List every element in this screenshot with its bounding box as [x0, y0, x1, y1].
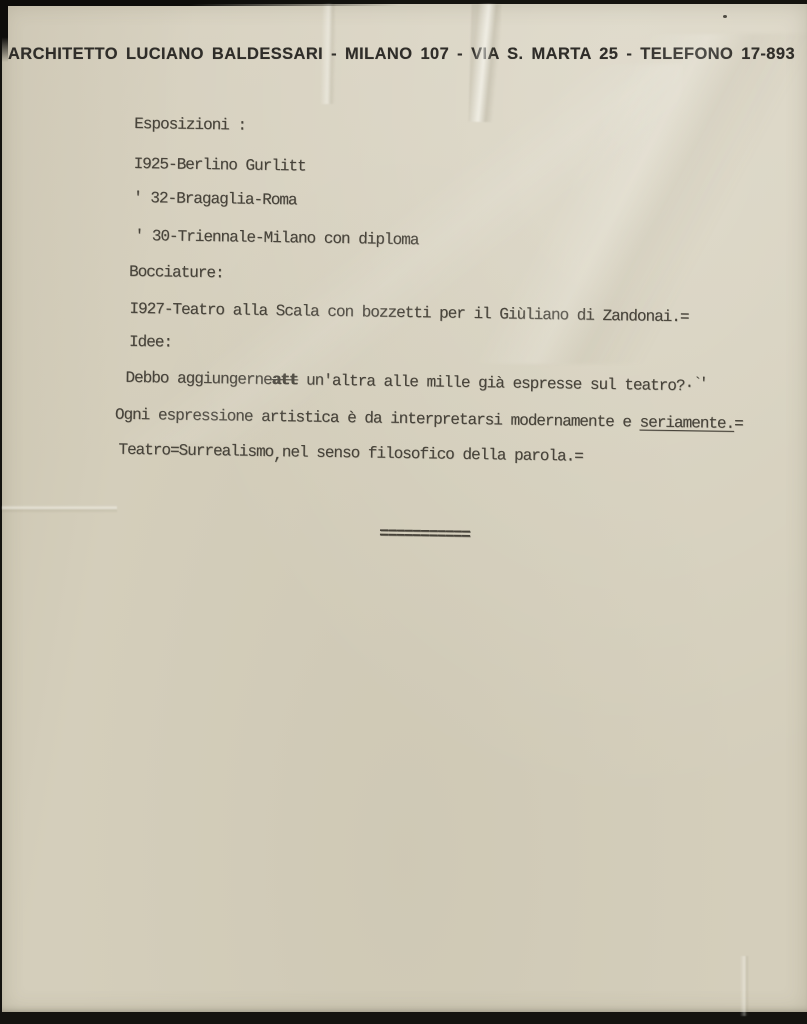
- underlined-word: seriamente.: [639, 414, 734, 433]
- heading-bocciature: Bocciature:: [129, 262, 224, 283]
- line-idee-2-text: Ogni espressione artistica è da interpre…: [115, 406, 640, 432]
- line-bocciatura-1927: I927-Teatro alla Scala con bozzetti per …: [129, 299, 688, 327]
- scanned-document: { "letterhead": { "text": "ARCHITETTO LU…: [0, 0, 807, 1024]
- line-idee-3-text: Teatro=Surrealismo: [118, 441, 273, 461]
- line-idee-1-rest: un'altra alle mille già espresse sul tea…: [297, 371, 693, 395]
- line-idee-1: Debbo aggiungerneatt un'altra alle mille…: [125, 368, 705, 398]
- heading-idee: Idee:: [129, 332, 172, 353]
- typed-text-block: Esposizioni : I925-Berlino Gurlitt ' 32-…: [0, 4, 807, 1024]
- line-expo-1925: I925-Berlino Gurlitt: [133, 154, 305, 177]
- ink-speck: [723, 15, 727, 18]
- struck-out-text: att: [272, 371, 298, 389]
- line-idee-3: Teatro=Surrealismo,nel senso filosofico …: [118, 440, 583, 467]
- line-idee-2-rest: =: [734, 415, 743, 433]
- line-expo-1932: ' 32-Bragaglia-Roma: [133, 188, 297, 210]
- heading-esposizioni: Esposizioni :: [134, 114, 246, 136]
- line-idee-1-text: Debbo aggiungerne: [125, 369, 271, 389]
- line-idee-3-rest: nel senso filosofico della parola.=: [282, 443, 583, 465]
- line-expo-1930: ' 30-Triennale-Milano con diploma: [134, 226, 418, 250]
- overtyped-accent-marks: `': [693, 375, 705, 392]
- scan-edge-left: [0, 0, 8, 62]
- typed-equals-divider: ===========: [379, 524, 470, 545]
- paper-sheet: ARCHITETTO LUCIANO BALDESSARI - MILANO 1…: [2, 4, 807, 1012]
- low-typed-comma: ,: [273, 446, 282, 464]
- scan-edge-top: [0, 0, 420, 6]
- line-idee-2: Ogni espressione artistica è da interpre…: [115, 405, 743, 434]
